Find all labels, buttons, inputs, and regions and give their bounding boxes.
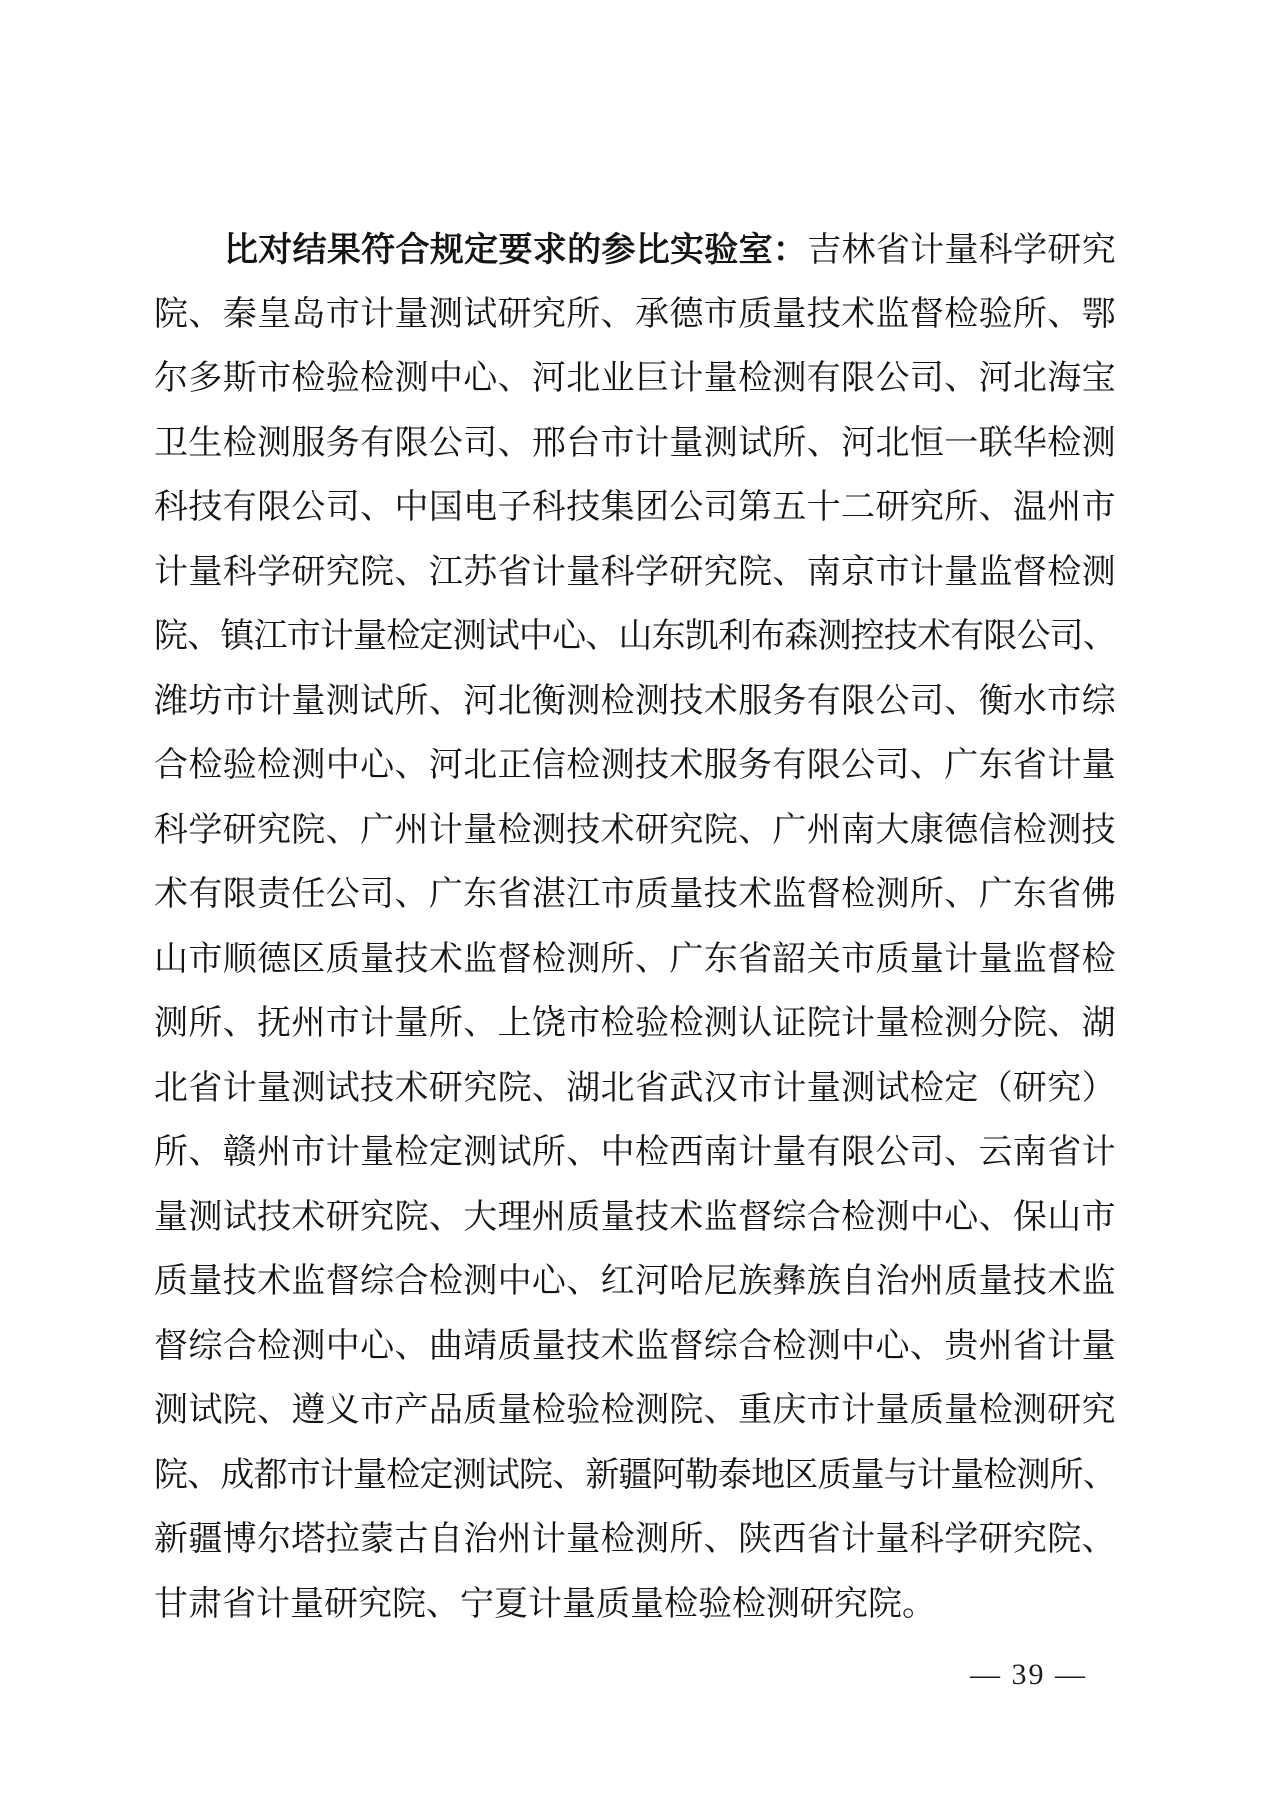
paragraph-line: 潍坊市计量测试所、河北衡测检测技术服务有限公司、衡水市综	[154, 670, 1116, 735]
paragraph-line-text: 测试院、遵义市产品质量检验检测院、重庆市计量质量检测研究	[154, 1379, 1116, 1444]
paragraph-line-text: 科技有限公司、中国电子科技集团公司第五十二研究所、温州市	[154, 476, 1116, 541]
paragraph-line-text: 科学研究院、广州计量检测技术研究院、广州南大康德信检测技	[154, 799, 1116, 864]
paragraph-line-text: 督综合检测中心、曲靖质量技术监督综合检测中心、贵州省计量	[154, 1315, 1116, 1380]
paragraph-line: 科技有限公司、中国电子科技集团公司第五十二研究所、温州市	[154, 476, 1116, 541]
paragraph-line: 量测试技术研究院、大理州质量技术监督综合检测中心、保山市	[154, 1186, 1116, 1251]
paragraph-line-text: 院、秦皇岛市计量测试研究所、承德市质量技术监督检验所、鄂	[154, 283, 1116, 348]
paragraph-line: 新疆博尔塔拉蒙古自治州计量检测所、陕西省计量科学研究院、	[154, 1508, 1116, 1573]
document-page: 比对结果符合规定要求的参比实验室：吉林省计量科学研究 院、秦皇岛市计量测试研究所…	[0, 0, 1280, 1810]
paragraph-line-text: 质量技术监督综合检测中心、红河哈尼族彝族自治州质量技术监	[154, 1250, 1116, 1315]
paragraph-line: 测试院、遵义市产品质量检验检测院、重庆市计量质量检测研究	[154, 1379, 1116, 1444]
paragraph-line-text: 测所、抚州市计量所、上饶市检验检测认证院计量检测分院、湖	[154, 992, 1116, 1057]
paragraph-line: 甘肃省计量研究院、宁夏计量质量检验检测研究院。	[154, 1573, 1116, 1638]
lead-bold-text: 比对结果符合规定要求的参比实验室：	[224, 231, 807, 269]
paragraph-line-text: 甘肃省计量研究院、宁夏计量质量检验检测研究院。	[154, 1573, 936, 1638]
paragraph-line: 山市顺德区质量技术监督检测所、广东省韶关市质量计量监督检	[154, 928, 1116, 993]
paragraph-line: 比对结果符合规定要求的参比实验室：吉林省计量科学研究	[154, 218, 1116, 283]
paragraph-line: 质量技术监督综合检测中心、红河哈尼族彝族自治州质量技术监	[154, 1250, 1116, 1315]
page-footer: — 39 —	[970, 1655, 1087, 1695]
paragraph-line: 合检验检测中心、河北正信检测技术服务有限公司、广东省计量	[154, 734, 1116, 799]
paragraph-line: 尔多斯市检验检测中心、河北业巨计量检测有限公司、河北海宝	[154, 347, 1116, 412]
paragraph-line: 督综合检测中心、曲靖质量技术监督综合检测中心、贵州省计量	[154, 1315, 1116, 1380]
paragraph-line-text: 尔多斯市检验检测中心、河北业巨计量检测有限公司、河北海宝	[154, 347, 1116, 412]
paragraph-line-text: 北省计量测试技术研究院、湖北省武汉市计量测试检定（研究）	[154, 1057, 1116, 1122]
paragraph-line-text: 院、镇江市计量检定测试中心、山东凯利布森测控技术有限公司、	[154, 605, 1116, 670]
paragraph-line: 术有限责任公司、广东省湛江市质量技术监督检测所、广东省佛	[154, 863, 1116, 928]
paragraph-line-text: 所、赣州市计量检定测试所、中检西南计量有限公司、云南省计	[154, 1121, 1116, 1186]
paragraph-line-text: 比对结果符合规定要求的参比实验室：吉林省计量科学研究	[154, 218, 1116, 284]
paragraph-line-text: 潍坊市计量测试所、河北衡测检测技术服务有限公司、衡水市综	[154, 670, 1116, 735]
paragraph-line-text: 计量科学研究院、江苏省计量科学研究院、南京市计量监督检测	[154, 541, 1116, 606]
paragraph-line-text: 合检验检测中心、河北正信检测技术服务有限公司、广东省计量	[154, 734, 1116, 799]
paragraph-line: 院、成都市计量检定测试院、新疆阿勒泰地区质量与计量检测所、	[154, 1444, 1116, 1509]
paragraph-line-text: 量测试技术研究院、大理州质量技术监督综合检测中心、保山市	[154, 1186, 1116, 1251]
paragraph: 比对结果符合规定要求的参比实验室：吉林省计量科学研究 院、秦皇岛市计量测试研究所…	[154, 218, 1116, 1637]
paragraph-line-text: 山市顺德区质量技术监督检测所、广东省韶关市质量计量监督检	[154, 928, 1116, 993]
paragraph-line-text: 卫生检测服务有限公司、邢台市计量测试所、河北恒一联华检测	[154, 412, 1116, 477]
lead-regular-text: 吉林省计量科学研究	[807, 232, 1116, 269]
paragraph-line: 科学研究院、广州计量检测技术研究院、广州南大康德信检测技	[154, 799, 1116, 864]
paragraph-line: 测所、抚州市计量所、上饶市检验检测认证院计量检测分院、湖	[154, 992, 1116, 1057]
paragraph-line: 北省计量测试技术研究院、湖北省武汉市计量测试检定（研究）	[154, 1057, 1116, 1122]
paragraph-line: 卫生检测服务有限公司、邢台市计量测试所、河北恒一联华检测	[154, 412, 1116, 477]
paragraph-line: 计量科学研究院、江苏省计量科学研究院、南京市计量监督检测	[154, 541, 1116, 606]
paragraph-line-text: 新疆博尔塔拉蒙古自治州计量检测所、陕西省计量科学研究院、	[154, 1508, 1116, 1573]
paragraph-line-text: 术有限责任公司、广东省湛江市质量技术监督检测所、广东省佛	[154, 863, 1116, 928]
paragraph-line: 院、秦皇岛市计量测试研究所、承德市质量技术监督检验所、鄂	[154, 283, 1116, 348]
paragraph-line: 院、镇江市计量检定测试中心、山东凯利布森测控技术有限公司、	[154, 605, 1116, 670]
paragraph-line-text: 院、成都市计量检定测试院、新疆阿勒泰地区质量与计量检测所、	[154, 1444, 1116, 1509]
paragraph-line: 所、赣州市计量检定测试所、中检西南计量有限公司、云南省计	[154, 1121, 1116, 1186]
page-number: — 39 —	[970, 1658, 1087, 1691]
